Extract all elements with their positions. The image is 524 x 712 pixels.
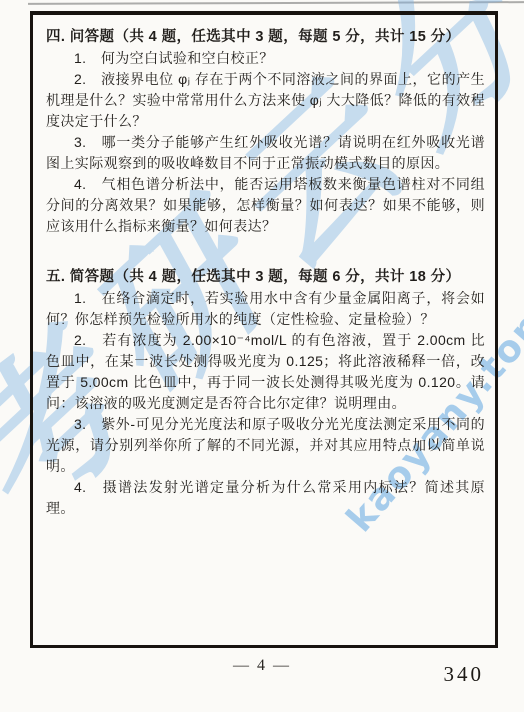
page-code: 340: [444, 662, 485, 687]
section-4-heading: 四. 问答题（共 4 题，任选其中 3 题，每题 5 分，共计 15 分）: [46, 27, 485, 48]
section-4-question-3: 3. 哪一类分子能够产生红外吸收光谱？请说明在红外吸收光谱图上实际观察到的吸收峰…: [46, 132, 485, 174]
section-5-heading: 五. 简答题（共 4 题，任选其中 3 题，每题 6 分，共计 18 分）: [46, 267, 485, 288]
section-4-question-4: 4. 气相色谱分析法中，能否运用塔板数来衡量色谱柱对不同组分间的分离效果？如果能…: [46, 174, 485, 237]
scan-edge-artifact: [28, 1, 524, 5]
section-4-question-1: 1. 何为空白试验和空白校正？: [46, 48, 485, 69]
section-5-question-2: 2. 若有浓度为 2.00×10⁻⁴mol/L 的有色溶液，置于 2.00cm …: [46, 330, 485, 414]
question-paper-frame: 四. 问答题（共 4 题，任选其中 3 题，每题 5 分，共计 15 分） 1.…: [30, 11, 498, 648]
section-5-question-3: 3. 紫外-可见分光光度法和原子吸收分光光度法测定采用不同的光源，请分别列举你所…: [46, 414, 485, 477]
scanned-exam-page: 考研云分享 kaoyany.top 四. 问答题（共 4 题，任选其中 3 题，…: [0, 0, 524, 712]
section-5-question-4: 4. 摄谱法发射光谱定量分析为什么常采用内标法？简述其原理。: [46, 477, 485, 519]
section-5-question-1: 1. 在络合滴定时，若实验用水中含有少量金属阳离子，将会如何？你怎样预先检验所用…: [46, 288, 485, 330]
section-4-question-2: 2. 液接界电位 φⱼ 存在于两个不同溶液之间的界面上，它的产生机理是什么？实验…: [46, 69, 485, 132]
